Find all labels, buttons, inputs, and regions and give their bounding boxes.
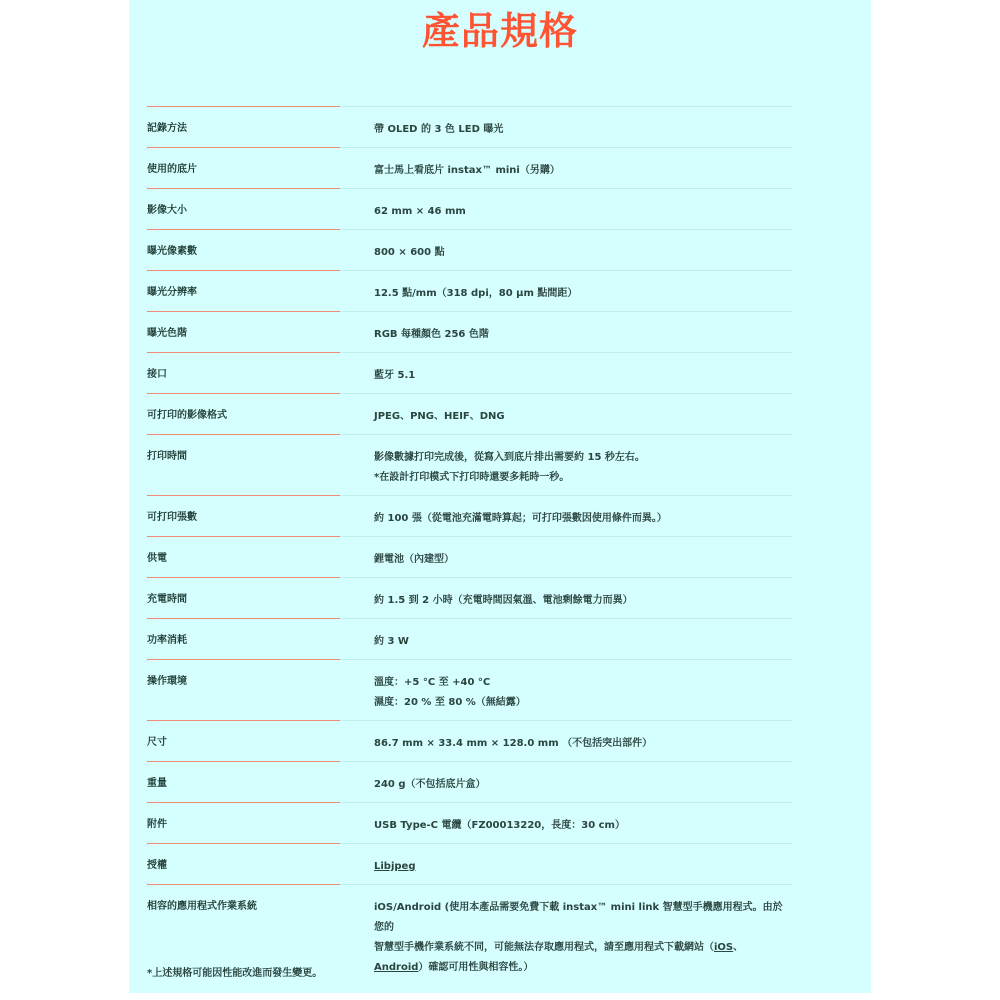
spec-row-image-formats: 可打印的影像格式 JPEG、PNG、HEIF、DNG: [147, 393, 792, 434]
spec-value-text: 12.5 點/mm（318 dpi，80 μm 點間距）: [374, 284, 792, 304]
spec-value: 800 × 600 點: [374, 230, 792, 270]
spec-label: 附件: [147, 803, 374, 843]
spec-row-accessories: 附件 USB Type-C 電纜（FZ00013220，長度：30 cm）: [147, 802, 792, 843]
spec-value-text: 800 × 600 點: [374, 243, 792, 263]
spec-value: 240 g（不包括底片盒）: [374, 762, 792, 802]
spec-row-recording-method: 記錄方法 帶 OLED 的 3 色 LED 曝光: [147, 106, 792, 147]
spec-panel: 產品規格 記錄方法 帶 OLED 的 3 色 LED 曝光 使用的底片 富士馬上…: [129, 0, 871, 993]
spec-label: 打印時間: [147, 435, 374, 495]
spec-label: 可打印的影像格式: [147, 394, 374, 434]
spec-value: 帶 OLED 的 3 色 LED 曝光: [374, 107, 792, 147]
spec-row-print-capacity: 可打印張數 約 100 張（從電池充滿電時算起；可打印張數因使用條件而異。）: [147, 495, 792, 536]
spec-row-interface: 接口 藍牙 5.1: [147, 352, 792, 393]
spec-value: JPEG、PNG、HEIF、DNG: [374, 394, 792, 434]
spec-row-license: 授權 Libjpeg: [147, 843, 792, 884]
spec-row-operating-environment: 操作環境 溫度：+5 °C 至 +40 °C 濕度：20 % 至 80 %（無結…: [147, 659, 792, 720]
spec-label: 操作環境: [147, 660, 374, 720]
spec-row-exposure-pixels: 曝光像素數 800 × 600 點: [147, 229, 792, 270]
spec-value: 鋰電池（內建型）: [374, 537, 792, 577]
spec-label: 接口: [147, 353, 374, 393]
footnote: *上述規格可能因性能改進而發生變更。: [147, 964, 322, 979]
spec-label: 使用的底片: [147, 148, 374, 188]
spec-value: 影像數據打印完成後，從寫入到底片排出需要約 15 秒左右。 *在設計打印模式下打…: [374, 435, 792, 495]
spec-row-power-consumption: 功率消耗 約 3 W: [147, 618, 792, 659]
libjpeg-link[interactable]: Libjpeg: [374, 861, 415, 872]
spec-value: 藍牙 5.1: [374, 353, 792, 393]
spec-value-text: USB Type-C 電纜（FZ00013220，長度：30 cm）: [374, 816, 792, 836]
ios-link[interactable]: iOS: [714, 942, 733, 953]
spec-value-text: 240 g（不包括底片盒）: [374, 775, 792, 795]
android-link[interactable]: Android: [374, 962, 418, 973]
spec-row-exposure-gradation: 曝光色階 RGB 每種顏色 256 色階: [147, 311, 792, 352]
spec-value: 約 1.5 到 2 小時（充電時間因氣溫、電池剩餘電力而異）: [374, 578, 792, 618]
spec-row-charging-time: 充電時間 約 1.5 到 2 小時（充電時間因氣溫、電池剩餘電力而異）: [147, 577, 792, 618]
spec-label: 功率消耗: [147, 619, 374, 659]
spec-value: 約 3 W: [374, 619, 792, 659]
spec-label: 記錄方法: [147, 107, 374, 147]
spec-label: 曝光分辨率: [147, 271, 374, 311]
spec-value-text: iOS/Android (使用本產品需要免費下載 instax™ mini li…: [374, 898, 792, 938]
spec-value-text: 約 100 張（從電池充滿電時算起；可打印張數因使用條件而異。）: [374, 509, 792, 529]
spec-value-text: 約 1.5 到 2 小時（充電時間因氣溫、電池剩餘電力而異）: [374, 591, 792, 611]
page-title: 產品規格: [129, 6, 871, 56]
spec-value-fragment: ）確認可用性與相容性。）: [418, 962, 533, 973]
spec-value-text: 鋰電池（內建型）: [374, 550, 792, 570]
spec-value-temperature: 溫度：+5 °C 至 +40 °C: [374, 673, 792, 693]
spec-label: 授權: [147, 844, 374, 884]
spec-row-weight: 重量 240 g（不包括底片盒）: [147, 761, 792, 802]
spec-value: Libjpeg: [374, 844, 792, 884]
spec-value-text: 86.7 mm × 33.4 mm × 128.0 mm （不包括突出部件）: [374, 734, 792, 754]
spec-label: 可打印張數: [147, 496, 374, 536]
spec-label: 曝光色階: [147, 312, 374, 352]
spec-value-humidity: 濕度：20 % 至 80 %（無結露）: [374, 693, 792, 713]
spec-table: 記錄方法 帶 OLED 的 3 色 LED 曝光 使用的底片 富士馬上看底片 i…: [147, 106, 792, 975]
spec-row-power-supply: 供電 鋰電池（內建型）: [147, 536, 792, 577]
spec-value-fragment: 智慧型手機作業系統不同，可能無法存取應用程式，請至應用程式下載網站（: [374, 942, 714, 953]
spec-value: RGB 每種顏色 256 色階: [374, 312, 792, 352]
spec-value-text: 62 mm × 46 mm: [374, 202, 792, 222]
spec-value-text: JPEG、PNG、HEIF、DNG: [374, 407, 792, 427]
spec-value: 富士馬上看底片 instax™ mini（另購）: [374, 148, 792, 188]
spec-value-text: 帶 OLED 的 3 色 LED 曝光: [374, 120, 792, 140]
spec-value: USB Type-C 電纜（FZ00013220，長度：30 cm）: [374, 803, 792, 843]
spec-label: 重量: [147, 762, 374, 802]
spec-value-text: RGB 每種顏色 256 色階: [374, 325, 792, 345]
spec-value-text: 富士馬上看底片 instax™ mini（另購）: [374, 161, 792, 181]
spec-row-exposure-resolution: 曝光分辨率 12.5 點/mm（318 dpi，80 μm 點間距）: [147, 270, 792, 311]
separator: 、: [733, 942, 743, 953]
spec-label: 影像大小: [147, 189, 374, 229]
spec-label: 曝光像素數: [147, 230, 374, 270]
spec-value-text: 影像數據打印完成後，從寫入到底片排出需要約 15 秒左右。: [374, 448, 792, 468]
spec-row-compatible-os: 相容的應用程式作業系統 iOS/Android (使用本產品需要免費下載 ins…: [147, 884, 792, 975]
spec-value-text: 藍牙 5.1: [374, 366, 792, 386]
spec-value-text: 約 3 W: [374, 632, 792, 652]
spec-label: 供電: [147, 537, 374, 577]
spec-row-print-time: 打印時間 影像數據打印完成後，從寫入到底片排出需要約 15 秒左右。 *在設計打…: [147, 434, 792, 495]
spec-row-image-size: 影像大小 62 mm × 46 mm: [147, 188, 792, 229]
spec-label: 充電時間: [147, 578, 374, 618]
spec-value: 12.5 點/mm（318 dpi，80 μm 點間距）: [374, 271, 792, 311]
spec-value-note: *在設計打印模式下打印時還要多耗時一秒。: [374, 468, 792, 488]
spec-row-film: 使用的底片 富士馬上看底片 instax™ mini（另購）: [147, 147, 792, 188]
spec-value-text: Android）確認可用性與相容性。）: [374, 958, 792, 978]
spec-value: 62 mm × 46 mm: [374, 189, 792, 229]
spec-value: 約 100 張（從電池充滿電時算起；可打印張數因使用條件而異。）: [374, 496, 792, 536]
spec-row-dimensions: 尺寸 86.7 mm × 33.4 mm × 128.0 mm （不包括突出部件…: [147, 720, 792, 761]
spec-value: 溫度：+5 °C 至 +40 °C 濕度：20 % 至 80 %（無結露）: [374, 660, 792, 720]
spec-value: 86.7 mm × 33.4 mm × 128.0 mm （不包括突出部件）: [374, 721, 792, 761]
spec-value: iOS/Android (使用本產品需要免費下載 instax™ mini li…: [374, 885, 792, 975]
spec-label: 相容的應用程式作業系統: [147, 885, 374, 975]
spec-value-text: 智慧型手機作業系統不同，可能無法存取應用程式，請至應用程式下載網站（iOS、: [374, 938, 792, 958]
spec-label: 尺寸: [147, 721, 374, 761]
